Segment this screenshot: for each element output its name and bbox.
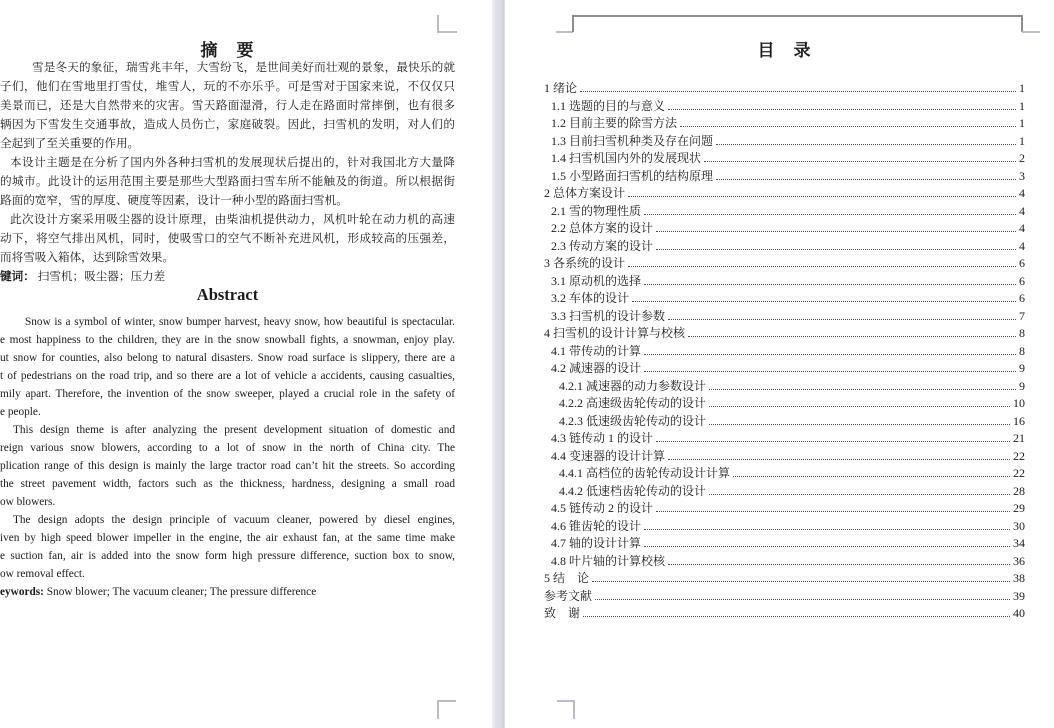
text-line: 美景而已，还是大自然带来的灾害。雪天路面湿滑，行人走在路面时常摔倒，也有很多: [0, 96, 455, 115]
text-boundary-mark: [572, 15, 574, 32]
text-line: t of pedestrians on the road trip, and s…: [0, 367, 455, 385]
text-line: reign various snow blowers, according to…: [0, 439, 455, 457]
toc-leader: [644, 371, 1016, 372]
toc-entry[interactable]: 2.2 总体方案的设计4: [544, 219, 1025, 237]
toc-page-number: 30: [1013, 519, 1025, 534]
toc-entry[interactable]: 1.2 目前主要的除雪方法1: [544, 114, 1025, 132]
text-boundary-mark: [437, 700, 439, 719]
toc-leader: [628, 196, 1016, 197]
toc-leader: [709, 424, 1010, 425]
toc-leader: [716, 144, 1016, 145]
abstract-cn-body: 雪是冬天的象征，瑞雪兆丰年，大雪纷飞，是世间美好而壮观的景象，最快乐的就属子们，…: [0, 58, 455, 286]
toc-leader: [644, 354, 1016, 355]
toc-leader: [580, 91, 1016, 92]
abstract-en-body: Snow is a symbol of winter, snow bumper …: [0, 313, 455, 601]
toc-entry[interactable]: 4.2.3 低速级齿轮传动的设计16: [544, 412, 1025, 430]
toc-entry-label: 4.8 叶片轴的计算校核: [551, 552, 665, 569]
toc-entry[interactable]: 4.1 带传动的计算8: [544, 342, 1025, 360]
toc-page-number: 4: [1019, 239, 1025, 254]
toc-page-number: 22: [1013, 449, 1025, 464]
page-toc: 目 录 1 绪论11.1 选题的目的与意义11.2 目前主要的除雪方法11.3 …: [505, 0, 1054, 728]
toc-leader: [709, 389, 1016, 390]
toc-entry[interactable]: 1.3 目前扫雪机种类及存在问题1: [544, 132, 1025, 150]
text-boundary-mark: [556, 31, 573, 33]
toc-entry-label: 5 结 论: [544, 569, 589, 586]
toc-entry-label: 4.1 带传动的计算: [551, 342, 641, 359]
toc-entry[interactable]: 4.6 锥齿轮的设计30: [544, 517, 1025, 535]
toc-entry[interactable]: 1.1 选题的目的与意义1: [544, 97, 1025, 115]
toc-page-number: 1: [1019, 99, 1025, 114]
toc-leader: [704, 161, 1016, 162]
toc-entry[interactable]: 3.2 车体的设计6: [544, 289, 1025, 307]
toc-entry[interactable]: 3.1 原动机的选择6: [544, 272, 1025, 290]
toc-entry[interactable]: 4 扫雪机的设计计算与校核8: [544, 324, 1025, 342]
toc-page-number: 7: [1019, 309, 1025, 324]
page-abstract: 摘 要 雪是冬天的象征，瑞雪兆丰年，大雪纷飞，是世间美好而壮观的景象，最快乐的就…: [0, 0, 492, 728]
toc-entry-label: 4.2 减速器的设计: [551, 359, 641, 376]
keywords-text: 扫雪机；吸尘器；压力差: [35, 270, 165, 283]
toc-entry[interactable]: 4.7 轴的设计计算34: [544, 534, 1025, 552]
text-boundary-mark: [1021, 15, 1023, 32]
text-boundary-mark: [1022, 31, 1040, 33]
toc-entry[interactable]: 2.3 传动方案的设计4: [544, 237, 1025, 255]
text-line: 全起到了至关重要的作用。: [0, 134, 455, 153]
toc-page-number: 28: [1013, 484, 1025, 499]
keywords-label: 键词：: [0, 270, 35, 283]
toc-page-number: 6: [1019, 256, 1025, 271]
toc-leader: [595, 599, 1010, 600]
text-line: plication range of this design is mainly…: [0, 457, 455, 475]
toc-page-number: 6: [1019, 291, 1025, 306]
text-line: e most happiness to the children, they a…: [0, 331, 455, 349]
toc-entry[interactable]: 5 结 论38: [544, 569, 1025, 587]
toc-page-number: 34: [1013, 536, 1025, 551]
toc-entry[interactable]: 2.1 雪的物理性质4: [544, 202, 1025, 220]
toc-entry-label: 1 绪论: [544, 79, 577, 96]
text-line: the street pavement width, factors such …: [0, 475, 455, 493]
text-line: e suction fan, air is added into the sno…: [0, 547, 455, 565]
toc-leader: [668, 319, 1016, 320]
toc-entry[interactable]: 4.5 链传动 2 的设计29: [544, 499, 1025, 517]
abstract-en-title: Abstract: [0, 285, 455, 305]
toc-entry-label: 1.2 目前主要的除雪方法: [551, 114, 677, 131]
text-line: e people.: [0, 403, 455, 421]
toc-leader: [709, 494, 1010, 495]
toc-entry-label: 4.2.2 高速级齿轮传动的设计: [559, 394, 706, 411]
toc-entry[interactable]: 4.2.2 高速级齿轮传动的设计10: [544, 394, 1025, 412]
toc-entry-label: 2.3 传动方案的设计: [551, 237, 653, 254]
toc-entry[interactable]: 3.3 扫雪机的设计参数7: [544, 307, 1025, 325]
toc-leader: [668, 109, 1016, 110]
toc-list: 1 绪论11.1 选题的目的与意义11.2 目前主要的除雪方法11.3 目前扫雪…: [544, 79, 1025, 622]
toc-page-number: 8: [1019, 326, 1025, 341]
toc-entry-label: 4.2.1 减速器的动力参数设计: [559, 377, 706, 394]
toc-page-number: 29: [1013, 501, 1025, 516]
text-boundary-mark: [437, 31, 457, 33]
text-line: 雪是冬天的象征，瑞雪兆丰年，大雪纷飞，是世间美好而壮观的景象，最快乐的就属: [0, 58, 455, 77]
text-line: ut snow for counties, also belong to nat…: [0, 349, 455, 367]
toc-entry-label: 4.2.3 低速级齿轮传动的设计: [559, 412, 706, 429]
toc-entry-label: 4.4.1 高档位的齿轮传动设计计算: [559, 464, 730, 481]
text-line: ow removal effect.: [0, 565, 455, 583]
text-line: iven by high speed blower impeller in th…: [0, 529, 455, 547]
toc-page-number: 39: [1013, 589, 1025, 604]
toc-entry[interactable]: 致 谢40: [544, 604, 1025, 622]
toc-entry-label: 4.4.2 低速档齿轮传动的设计: [559, 482, 706, 499]
toc-entry-label: 1.4 扫雪机国内外的发展现状: [551, 149, 701, 166]
keywords-label: eywords:: [0, 586, 44, 598]
text-boundary-mark: [437, 15, 439, 32]
toc-entry[interactable]: 1 绪论1: [544, 79, 1025, 97]
toc-entry-label: 1.1 选题的目的与意义: [551, 97, 665, 114]
toc-leader: [628, 266, 1016, 267]
toc-page-number: 21: [1013, 431, 1025, 446]
toc-entry-label: 2.2 总体方案的设计: [551, 219, 653, 236]
toc-page-number: 2: [1019, 151, 1025, 166]
toc-title: 目 录: [544, 36, 1025, 61]
keywords-line: eywords: Snow blower; The vacuum cleaner…: [0, 583, 455, 601]
pages-gap: [492, 0, 505, 728]
toc-entry[interactable]: 参考文献39: [544, 587, 1025, 605]
toc-page-number: 8: [1019, 344, 1025, 359]
toc-leader: [644, 546, 1010, 547]
toc-entry-label: 1.3 目前扫雪机种类及存在问题: [551, 132, 713, 149]
keywords-text: Snow blower; The vacuum cleaner; The pre…: [44, 586, 316, 598]
toc-entry-label: 2.1 雪的物理性质: [551, 202, 641, 219]
toc-leader: [644, 284, 1016, 285]
toc-entry[interactable]: 4.4 变速器的设计计算22: [544, 447, 1025, 465]
toc-page-number: 4: [1019, 221, 1025, 236]
toc-page-number: 3: [1019, 169, 1025, 184]
toc-page-number: 10: [1013, 396, 1025, 411]
toc-page-number: 9: [1019, 361, 1025, 376]
toc-leader: [583, 616, 1010, 617]
toc-entry-label: 3.2 车体的设计: [551, 289, 629, 306]
toc-entry[interactable]: 4.2.1 减速器的动力参数设计9: [544, 377, 1025, 395]
toc-leader: [592, 581, 1010, 582]
text-boundary-mark: [437, 700, 456, 702]
toc-leader: [656, 231, 1016, 232]
text-line: mily apart. Therefore, the invention of …: [0, 385, 455, 403]
toc-entry[interactable]: 4.4.1 高档位的齿轮传动设计计算22: [544, 464, 1025, 482]
toc-entry[interactable]: 4.4.2 低速档齿轮传动的设计28: [544, 482, 1025, 500]
toc-leader: [632, 301, 1016, 302]
document-viewer: { "colors": { "page_bg": "#ffffff", "pag…: [0, 0, 1054, 728]
text-line: 子们，他们在雪地里打雪仗，堆雪人，玩的不亦乐乎。可是雪对于国家来说，不仅仅只: [0, 77, 455, 96]
toc-leader: [656, 441, 1010, 442]
toc-leader: [709, 406, 1010, 407]
toc-page-number: 40: [1013, 606, 1025, 621]
text-line: The design adopts the design principle o…: [0, 511, 455, 529]
toc-entry[interactable]: 4.8 叶片轴的计算校核36: [544, 552, 1025, 570]
toc-entry-label: 3 各系统的设计: [544, 254, 625, 271]
toc-entry-label: 3.1 原动机的选择: [551, 272, 641, 289]
toc-entry[interactable]: 3 各系统的设计6: [544, 254, 1025, 272]
text-line: 本设计主题是在分析了国内外各种扫雪机的发展现状后提出的，针对我国北方大量降: [0, 153, 455, 172]
toc-leader: [668, 459, 1010, 460]
toc-entry-label: 4 扫雪机的设计计算与校核: [544, 324, 685, 341]
text-line: ow blowers.: [0, 493, 455, 511]
toc-leader: [680, 126, 1016, 127]
toc-leader: [644, 529, 1010, 530]
toc-entry[interactable]: 4.2 减速器的设计9: [544, 359, 1025, 377]
toc-entry-label: 4.5 链传动 2 的设计: [551, 499, 653, 516]
toc-page-number: 6: [1019, 274, 1025, 289]
toc-page-number: 1: [1019, 81, 1025, 96]
toc-page-number: 4: [1019, 204, 1025, 219]
toc-leader: [644, 214, 1016, 215]
text-boundary-mark: [557, 700, 574, 702]
toc-entry[interactable]: 1.5 小型路面扫雪机的结构原理3: [544, 167, 1025, 185]
text-line: 而将雪吸入箱体，达到除雪效果。: [0, 248, 455, 267]
toc-leader: [668, 564, 1010, 565]
text-boundary-mark: [573, 700, 575, 719]
text-line: 辆因为下雪发生交通事故，造成人员伤亡，家庭破裂。因此，扫雪机的发明，对人们的: [0, 115, 455, 134]
toc-page-number: 1: [1019, 134, 1025, 149]
toc-entry-label: 4.7 轴的设计计算: [551, 534, 641, 551]
toc-page-number: 9: [1019, 379, 1025, 394]
toc-page-number: 38: [1013, 571, 1025, 586]
toc-leader: [656, 511, 1010, 512]
text-line: 动下，将空气排出风机，同时，使吸雪口的空气不断补充进风机，形成较高的压强差，: [0, 229, 455, 248]
text-line: 路面的宽窄，雪的厚度、硬度等因素，设计一种小型的路面扫雪机。: [0, 191, 455, 210]
keywords-line: 键词： 扫雪机；吸尘器；压力差: [0, 267, 455, 286]
toc-entry-label: 4.6 锥齿轮的设计: [551, 517, 641, 534]
toc-entry-label: 2 总体方案设计: [544, 184, 625, 201]
toc-entry[interactable]: 1.4 扫雪机国内外的发展现状2: [544, 149, 1025, 167]
toc-page-number: 4: [1019, 186, 1025, 201]
toc-leader: [733, 476, 1010, 477]
toc-page-number: 16: [1013, 414, 1025, 429]
text-line: Snow is a symbol of winter, snow bumper …: [0, 313, 455, 331]
toc-leader: [656, 249, 1016, 250]
toc-entry-label: 致 谢: [544, 604, 580, 621]
text-line: 的城市。此设计的运用范围主要是那些大型路面扫雪车所不能触及的街道。所以根据街: [0, 172, 455, 191]
toc-entry[interactable]: 2 总体方案设计4: [544, 184, 1025, 202]
toc-entry-label: 3.3 扫雪机的设计参数: [551, 307, 665, 324]
toc-entry[interactable]: 4.3 链传动 1 的设计21: [544, 429, 1025, 447]
page-top-edge: [573, 15, 1022, 17]
toc-entry-label: 4.4 变速器的设计计算: [551, 447, 665, 464]
toc-page-number: 36: [1013, 554, 1025, 569]
toc-entry-label: 参考文献: [544, 587, 592, 604]
toc-entry-label: 1.5 小型路面扫雪机的结构原理: [551, 167, 713, 184]
toc-page-number: 1: [1019, 116, 1025, 131]
toc-page-number: 22: [1013, 466, 1025, 481]
text-line: This design theme is after analyzing the…: [0, 421, 455, 439]
toc-entry-label: 4.3 链传动 1 的设计: [551, 429, 653, 446]
toc-leader: [688, 336, 1016, 337]
text-line: 此次设计方案采用吸尘器的设计原理，由柴油机提供动力，风机叶轮在动力机的高速: [0, 210, 455, 229]
toc-leader: [716, 179, 1016, 180]
